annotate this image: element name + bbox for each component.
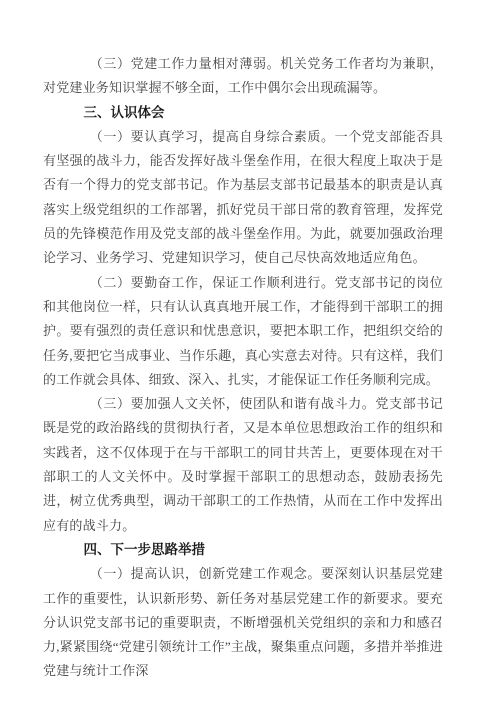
paragraph-raise-awareness: （一）提高认识，创新党建工作观念。要深刻认识基层党建工作的重要性，认识新形势、新… (43, 562, 443, 683)
paragraph-humanistic-care: （三）要加强人文关怀，使团队和谐有战斗力。党支部书记既是党的政治路线的贯彻执行者… (43, 392, 443, 538)
document-body: （三）党建工作力量相对薄弱。机关党务工作者均为兼职，对党建业务知识掌握不够全面，… (43, 52, 443, 684)
paragraph-weak-party-building-force: （三）党建工作力量相对薄弱。机关党务工作者均为兼职，对党建业务知识掌握不够全面，… (43, 52, 443, 101)
paragraph-study-hard: （一）要认真学习，提高自身综合素质。一个党支部能否具有坚强的战斗力，能否发挥好战… (43, 125, 443, 271)
paragraph-work-diligently: （二）要勤奋工作，保证工作顺利进行。党支部书记的岗位和其他岗位一样，只有认认真真… (43, 271, 443, 392)
document-page: （三）党建工作力量相对薄弱。机关党务工作者均为兼职，对党建业务知识掌握不够全面，… (0, 0, 500, 707)
section-heading-understanding: 三、认识体会 (43, 101, 443, 125)
section-heading-next-steps: 四、下一步思路举措 (43, 538, 443, 562)
